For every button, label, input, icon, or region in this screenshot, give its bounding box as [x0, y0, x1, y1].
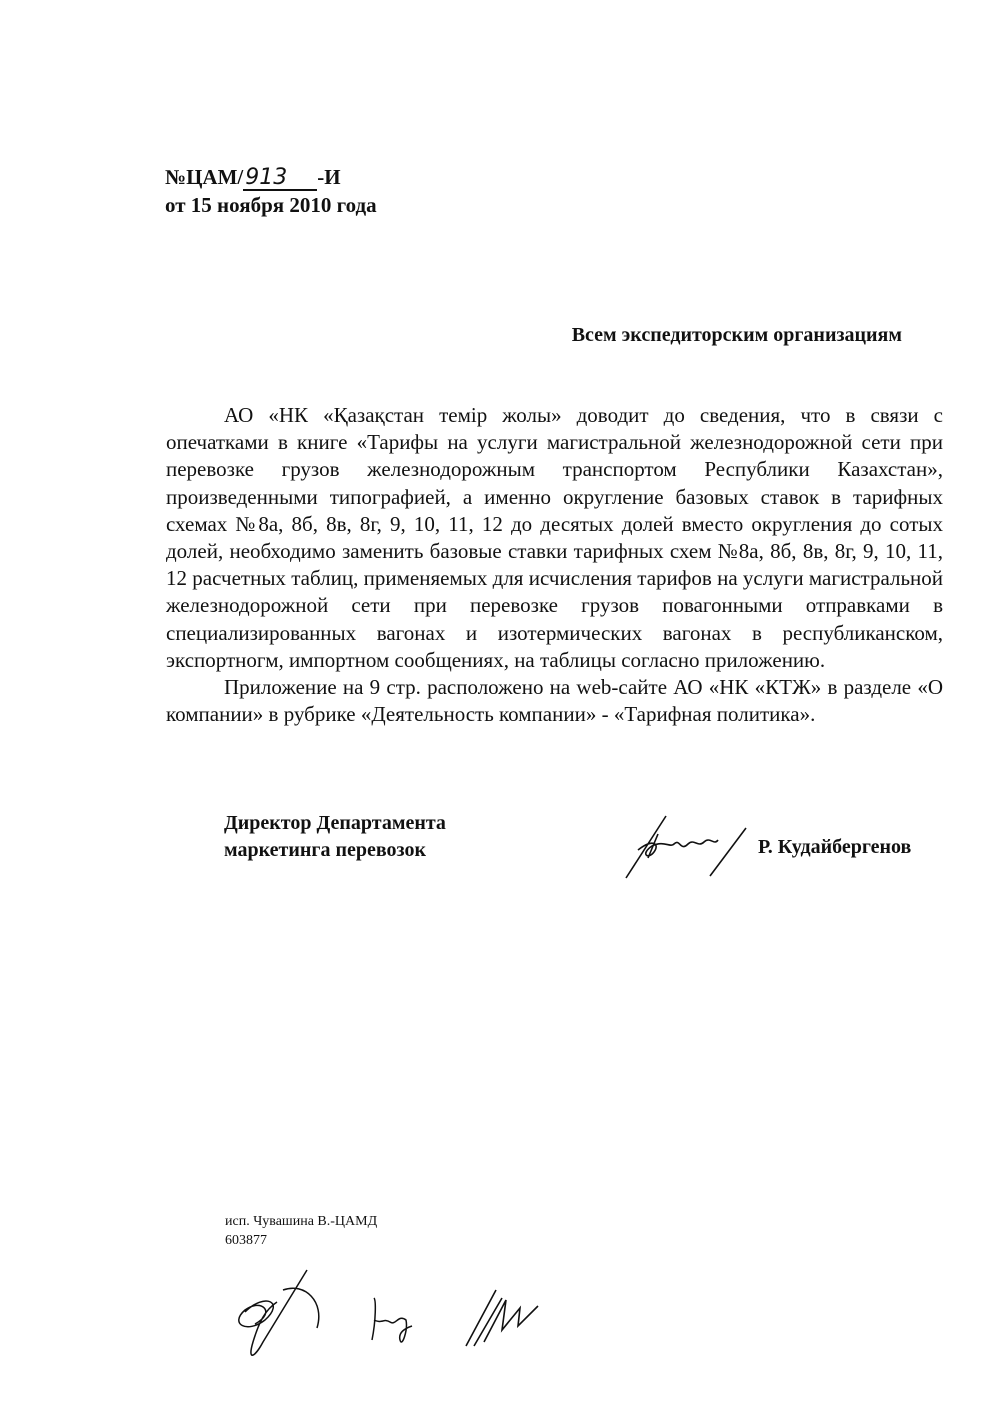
reference-number: №ЦАМ/913-И [165, 162, 341, 192]
approval-signature-icon [462, 1280, 542, 1350]
reference-prefix: №ЦАМ/ [165, 165, 243, 189]
addressee: Всем экспедиторским организациям [572, 324, 902, 347]
approval-signature-icon [225, 1262, 335, 1372]
handwritten-signature-icon [618, 808, 768, 888]
signatory-name: Р. Кудайбергенов [758, 836, 911, 859]
reference-suffix: -И [317, 165, 340, 189]
body-paragraph: АО «НК «Қазақстан темір жолы» доводит до… [166, 402, 943, 674]
document-date: от 15 ноября 2010 года [165, 190, 377, 220]
executor-info: исп. Чувашина В.-ЦАМД 603877 [225, 1212, 377, 1250]
executor-phone: 603877 [225, 1231, 377, 1250]
signatory-title-line: Директор Департамента [224, 810, 446, 837]
signatory-title: Директор Департамента маркетинга перевоз… [224, 810, 446, 864]
handwritten-reference-number: 913 [243, 167, 317, 191]
letter-body: АО «НК «Қазақстан темір жолы» доводит до… [166, 402, 943, 728]
approval-signature-icon [362, 1290, 422, 1350]
body-paragraph: Приложение на 9 стр. расположено на web-… [166, 674, 943, 728]
executor-name: исп. Чувашина В.-ЦАМД [225, 1212, 377, 1231]
signatory-title-line: маркетинга перевозок [224, 837, 446, 864]
